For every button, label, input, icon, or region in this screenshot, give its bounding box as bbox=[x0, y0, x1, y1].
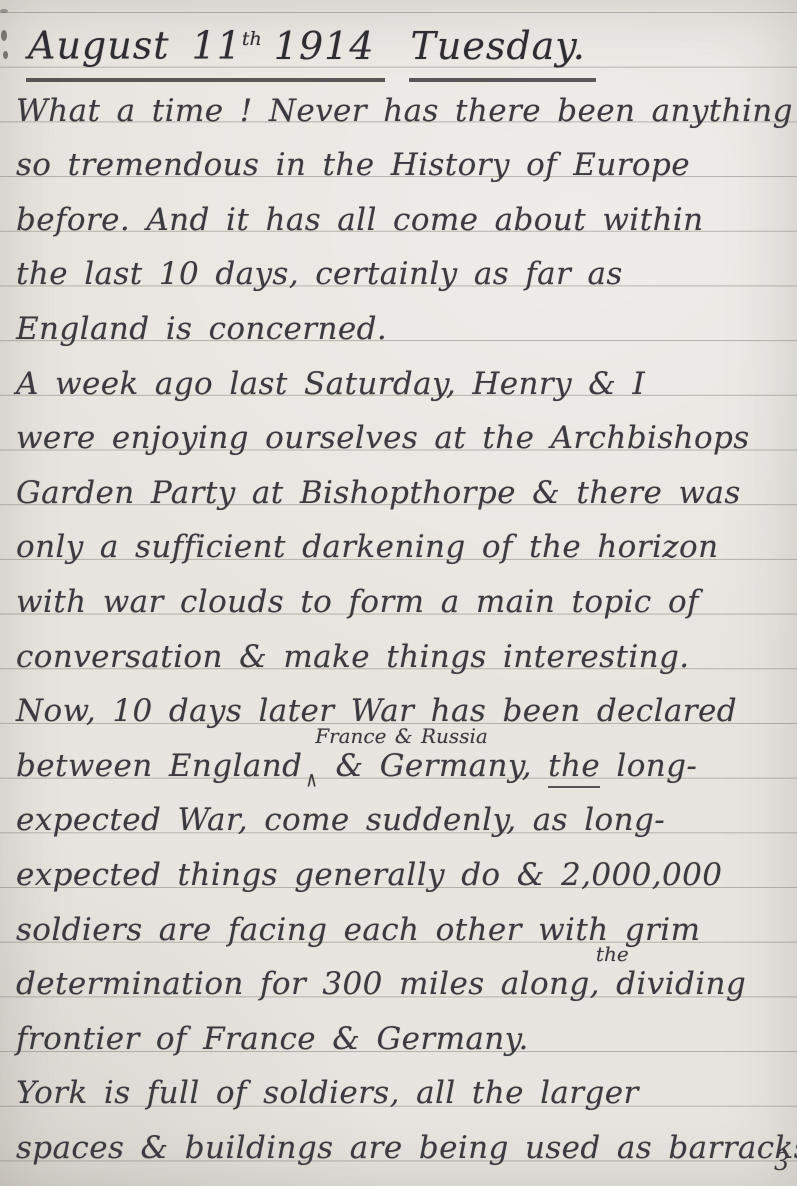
diary-line: were enjoying ourselves at the Archbisho… bbox=[16, 419, 795, 457]
diary-line: spaces & buildings are being used as bar… bbox=[16, 1129, 795, 1167]
diary-line: frontier of France & Germany. bbox=[16, 1020, 795, 1058]
entry-date-heading: August 11th1914Tuesday. bbox=[26, 14, 596, 82]
line-text: frontier of France & Germany. bbox=[16, 1021, 529, 1057]
date-underlined: August 11th1914 bbox=[26, 14, 385, 82]
line-text: Garden Party at Bishopthorpe & there was bbox=[16, 475, 741, 511]
line-text: were enjoying ourselves at the Archbisho… bbox=[16, 420, 750, 456]
diary-page: August 11th1914Tuesday. What a time ! Ne… bbox=[0, 0, 797, 1186]
date-ordinal: th bbox=[242, 28, 262, 50]
line-text: before. And it has all come about within bbox=[16, 202, 704, 238]
line-text: with war clouds to form a main topic of bbox=[16, 584, 699, 620]
diary-line: between England∧France & Russia & German… bbox=[16, 747, 795, 799]
insertion-caret: ∧ bbox=[305, 756, 318, 804]
line-text: What a time ! Never has there been anyth… bbox=[16, 93, 793, 129]
diary-line: only a sufficient darkening of the horiz… bbox=[16, 528, 795, 566]
line-text: so tremendous in the History of Europe bbox=[16, 147, 690, 183]
line-text: between England bbox=[16, 748, 302, 784]
diary-line: England is concerned. bbox=[16, 310, 795, 348]
line-text: the last 10 days, certainly as far as bbox=[16, 256, 623, 292]
diary-line: with war clouds to form a main topic of bbox=[16, 583, 795, 621]
diary-line: determination for 300 miles along,the di… bbox=[16, 965, 795, 1003]
line-text: determination for 300 miles along, bbox=[16, 966, 600, 1002]
line-text: England is concerned. bbox=[16, 311, 387, 347]
line-text: only a sufficient darkening of the horiz… bbox=[16, 529, 718, 565]
line-text: expected things generally do & 2,000,000 bbox=[16, 857, 722, 893]
date-year: 1914 bbox=[274, 24, 375, 68]
diary-line: Garden Party at Bishopthorpe & there was bbox=[16, 474, 795, 512]
line-text: expected War, come suddenly, as long- bbox=[16, 802, 665, 838]
ink-smudge bbox=[1, 30, 7, 41]
line-text: & Germany, bbox=[319, 748, 548, 784]
diary-line: expected things generally do & 2,000,000 bbox=[16, 856, 795, 894]
diary-line: York is full of soldiers, all the larger bbox=[16, 1074, 795, 1112]
line-text: spaces & buildings are being used as bar… bbox=[16, 1130, 797, 1166]
inserted-text-above: the bbox=[596, 943, 629, 965]
diary-line: What a time ! Never has there been anyth… bbox=[16, 92, 795, 130]
inserted-text-above: France & Russia bbox=[315, 725, 488, 747]
line-text: York is full of soldiers, all the larger bbox=[16, 1075, 639, 1111]
diary-line: the last 10 days, certainly as far as bbox=[16, 255, 795, 293]
date-month-day: August 11 bbox=[28, 24, 242, 68]
line-text: conversation & make things interesting. bbox=[16, 639, 690, 675]
line-text: A week ago last Saturday, Henry & I bbox=[16, 366, 645, 402]
diary-line: A week ago last Saturday, Henry & I bbox=[16, 365, 795, 403]
line-text: long- bbox=[600, 748, 697, 784]
diary-line: expected War, come suddenly, as long- bbox=[16, 801, 795, 839]
ink-smudge bbox=[3, 51, 8, 59]
underlined-word: the bbox=[548, 748, 600, 788]
weekday: Tuesday. bbox=[409, 21, 596, 82]
diary-line: soldiers are facing each other with grim bbox=[16, 911, 795, 949]
ink-smudge bbox=[0, 9, 8, 13]
diary-line: so tremendous in the History of Europe bbox=[16, 146, 795, 184]
diary-line: conversation & make things interesting. bbox=[16, 638, 795, 676]
diary-line: before. And it has all come about within bbox=[16, 201, 795, 239]
page-number: 3 bbox=[774, 1148, 789, 1176]
line-text: dividing bbox=[600, 966, 746, 1002]
